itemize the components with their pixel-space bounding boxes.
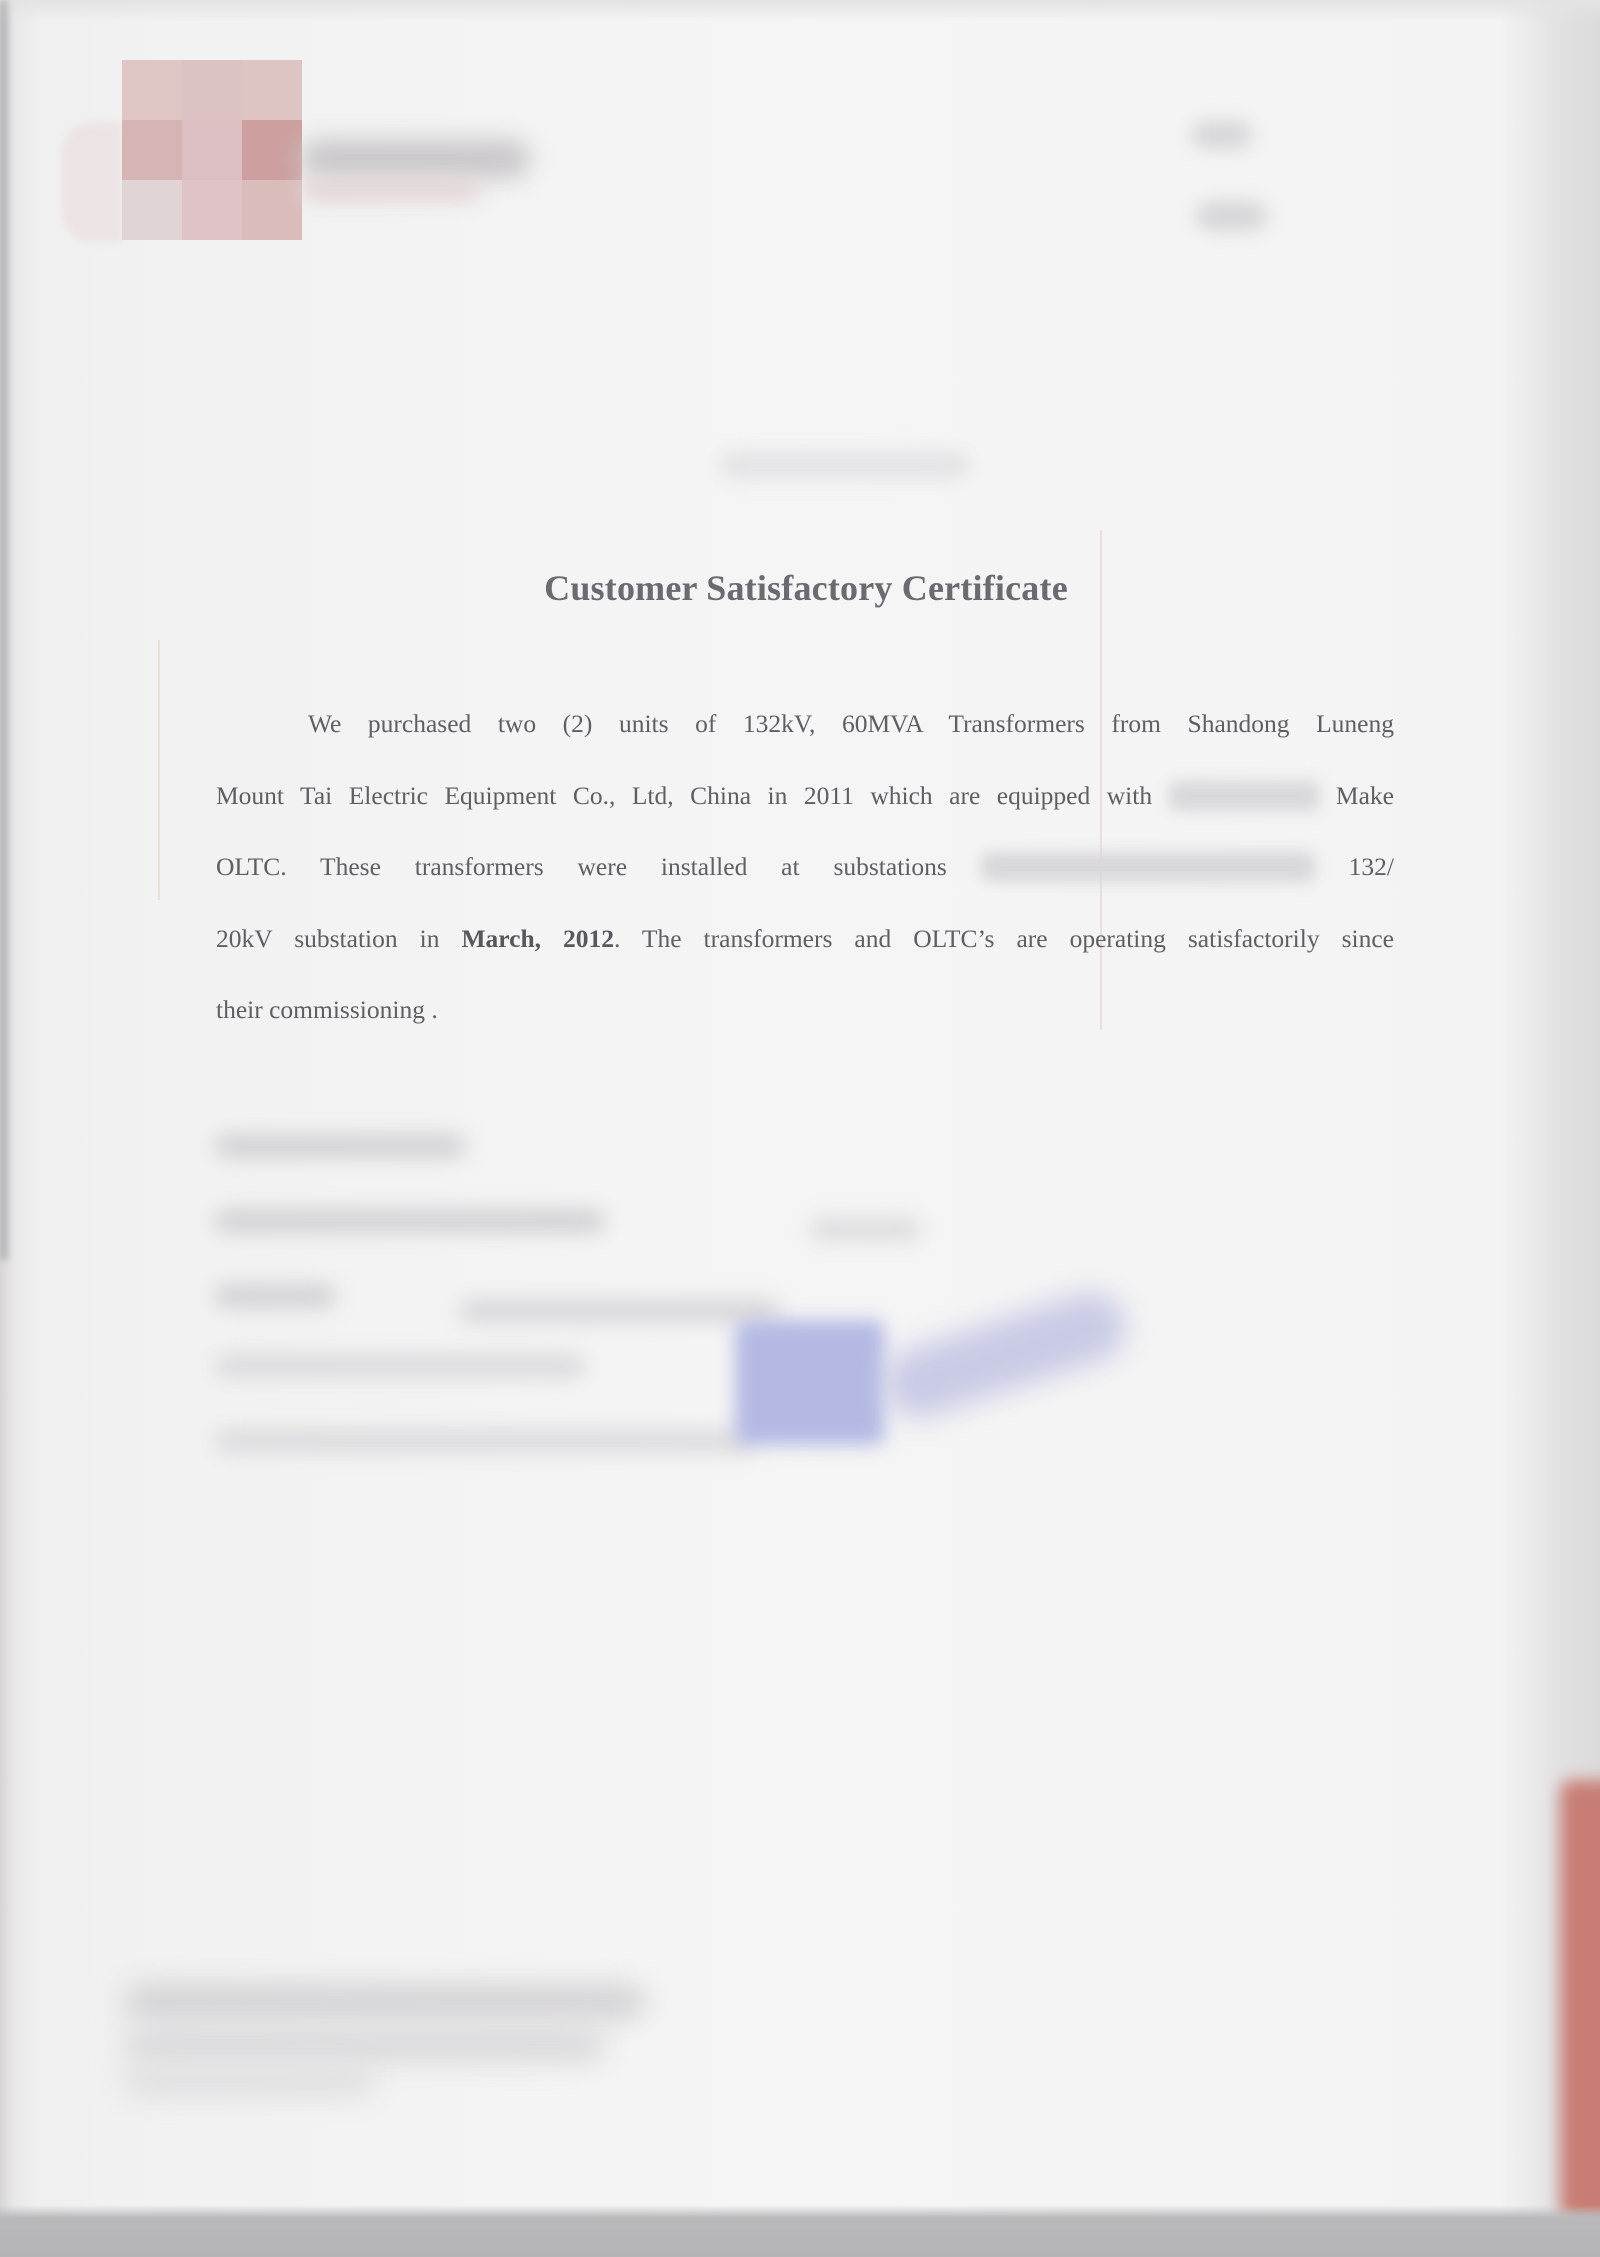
reference-number-redacted [1192, 122, 1252, 148]
company-tagline-redacted [300, 180, 480, 200]
signatory-line-redacted [215, 1430, 755, 1452]
certificate-title: Customer Satisfactory Certificate [0, 567, 1600, 609]
signatory-line-redacted [215, 1210, 605, 1232]
body-text: Make [1319, 781, 1394, 810]
bold-date: March, 2012 [461, 924, 614, 953]
body-line: OLTC. These transformers were installed … [216, 831, 1394, 903]
logo-pixel [242, 60, 302, 120]
top-shadow [0, 0, 1600, 22]
body-text: 20kV substation in [216, 924, 461, 953]
logo-pixel [182, 180, 242, 240]
company-logo-icon [62, 60, 312, 245]
logo-pixel [182, 120, 242, 180]
body-line: Mount Tai Electric Equipment Co., Ltd, C… [216, 760, 1394, 832]
signatory-line-redacted [810, 1218, 920, 1240]
body-text: OLTC. These transformers were installed … [216, 852, 981, 881]
footer-address-redacted [125, 2070, 375, 2094]
logo-ghost [62, 122, 122, 242]
signature [875, 1283, 1134, 1427]
certificate-body: We purchased two (2) units of 132kV, 60M… [216, 688, 1394, 1046]
signatory-line-redacted [460, 1300, 780, 1322]
body-text: their commissioning . [216, 995, 438, 1024]
signatory-line-redacted [215, 1355, 585, 1377]
fold-crease [158, 640, 160, 900]
logo-pixel [122, 180, 182, 240]
body-line: 20kV substation in March, 2012. The tran… [216, 903, 1394, 975]
red-page-edge [1560, 1780, 1600, 2220]
body-text: 132/ [1315, 852, 1394, 881]
company-name-redacted [300, 140, 530, 178]
signatory-line-redacted [215, 1285, 335, 1307]
logo-pixel [242, 120, 302, 180]
body-line: their commissioning . [216, 974, 1394, 1046]
body-text: We purchased two (2) units of 132kV, 60M… [308, 709, 1394, 738]
redacted-text: Z██████ STEEL COMPLEX [981, 831, 1315, 903]
logo-pixel [182, 60, 242, 120]
date-redacted [1196, 202, 1266, 230]
footer-address-redacted [125, 1985, 645, 2019]
body-text: Mount Tai Electric Equipment Co., Ltd, C… [216, 781, 1169, 810]
footer-address-redacted [125, 2030, 605, 2060]
signatory-line-redacted [215, 1135, 465, 1157]
logo-pixel [122, 60, 182, 120]
subheading-redacted [720, 452, 970, 478]
redacted-text: H██████na [1169, 760, 1320, 832]
left-page-edge [0, 0, 12, 1260]
logo-pixel [242, 180, 302, 240]
body-line: We purchased two (2) units of 132kV, 60M… [216, 688, 1394, 760]
company-stamp [735, 1320, 885, 1445]
body-text: . The transformers and OLTC’s are operat… [614, 924, 1394, 953]
scanned-page: Customer Satisfactory Certificate We pur… [0, 0, 1600, 2257]
bottom-shadow [0, 2205, 1600, 2257]
logo-pixel [122, 120, 182, 180]
logo-pixel-grid [122, 60, 302, 240]
